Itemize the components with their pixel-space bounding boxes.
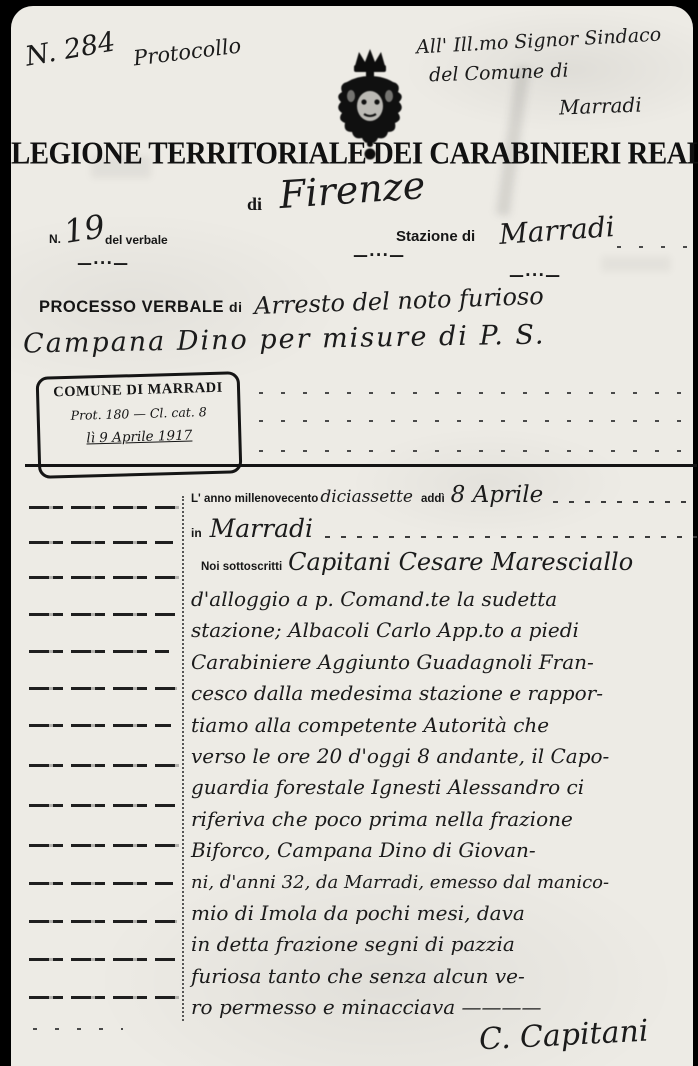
- paper-background: N. 284 Protocollo All' Ill.mo Signor Sin…: [11, 6, 693, 1066]
- processo-verbale-title: PROCESSO VERBALE: [39, 298, 224, 316]
- margin-rule: [29, 613, 175, 616]
- signature: C. Capitani: [478, 1014, 649, 1058]
- body-line: Carabiniere Aggiunto Guadagnoli Fran-: [191, 647, 698, 678]
- body-line: Biforco, Campana Dino di Giovan-: [191, 835, 698, 866]
- station-trailing-dots: [617, 246, 695, 248]
- body-line: riferiva che poco prima nella frazione: [191, 804, 698, 835]
- margin-rule: [29, 882, 173, 885]
- body-place-row: in Marradi: [191, 514, 697, 543]
- opening-hand-1: diciassette: [320, 487, 413, 507]
- place-label: in: [191, 526, 202, 540]
- addressee-line1: All' Ill.mo Signor Sindaco: [416, 24, 662, 59]
- station-value: Marradi: [498, 210, 616, 251]
- body-line: in detta frazione segni di pazzia: [191, 929, 698, 960]
- body-line: mio di Imola da pochi mesi, dava: [191, 898, 698, 929]
- station-label: Stazione di: [396, 228, 475, 245]
- undersigned-value: Capitani Cesare Maresciallo: [288, 548, 633, 576]
- body-line: d'alloggio a p. Comand.te la sudetta: [191, 584, 698, 615]
- separator-line: [25, 464, 697, 467]
- opening-printed-2: addì: [421, 493, 445, 505]
- body-undersigned-row: Noi sottoscritti Capitani Cesare Maresci…: [191, 548, 697, 576]
- verbale-number-suffix: del verbale: [105, 233, 168, 247]
- margin-rule: [29, 764, 179, 767]
- body-line: stazione; Albacoli Carlo App.to a piedi: [191, 615, 698, 646]
- processo-verbale-of: di: [229, 299, 242, 315]
- margin-rule-short: [33, 1028, 123, 1030]
- margin-rule: [29, 996, 179, 999]
- margin-rule: [29, 650, 169, 653]
- margin-rule: [29, 506, 179, 509]
- margin-rule: [29, 844, 179, 847]
- processo-verbale-label: PROCESSO VERBALE di: [39, 298, 243, 317]
- addressee-line2: del Comune di: [429, 60, 569, 87]
- verbale-number-value: 19: [61, 207, 107, 251]
- margin-rule: [29, 687, 177, 690]
- protocol-number: N. 284: [23, 26, 118, 72]
- place-value: Marradi: [210, 514, 313, 543]
- margin-rule: [29, 804, 175, 807]
- protocol-word: Protocollo: [132, 33, 242, 70]
- body-line: guardia forestale Ignesti Alessandro ci: [191, 772, 698, 803]
- opening-hand-2: 8 Aprile: [451, 482, 544, 508]
- comune-stamp: COMUNE DI MARRADI Prot. 180 — Cl. cat. 8…: [36, 371, 243, 479]
- stamp-line1: COMUNE DI MARRADI: [39, 379, 237, 402]
- subject-hand-line1: Arresto del noto furioso: [254, 282, 545, 320]
- margin-rule: [29, 958, 175, 961]
- stamp-line3: lì 9 Aprile 1917: [40, 426, 238, 448]
- scanned-document: N. 284 Protocollo All' Ill.mo Signor Sin…: [0, 0, 698, 1066]
- body-text: d'alloggio a p. Comand.te la sudetta sta…: [191, 584, 698, 1023]
- divider-flourish: —···—: [77, 254, 129, 272]
- letterhead-of-value: Firenze: [278, 163, 427, 217]
- addressee-line3: Marradi: [559, 93, 642, 120]
- stamp-line2: Prot. 180 — Cl. cat. 8: [40, 403, 238, 424]
- body-opening-row: L' anno millenovecento diciassette addì …: [191, 482, 697, 508]
- dotted-row: [259, 450, 695, 452]
- column-divider: [182, 496, 184, 1021]
- body-line: tiamo alla competente Autorità che: [191, 710, 698, 741]
- opening-printed-1: L' anno millenovecento: [191, 493, 318, 505]
- body-line: ni, d'anni 32, da Marradi, emesso dal ma…: [191, 867, 698, 898]
- divider-flourish: —···—: [353, 246, 405, 264]
- opening-trailing-dots: [553, 501, 697, 503]
- margin-rule: [29, 920, 177, 923]
- scan-smudge: [601, 256, 671, 272]
- undersigned-label: Noi sottoscritti: [201, 561, 282, 573]
- body-line: cesco dalla medesima stazione e rappor-: [191, 678, 698, 709]
- dotted-row: [259, 420, 695, 422]
- body-line: furiosa tanto che senza alcun ve-: [191, 961, 698, 992]
- letterhead-of-label: di: [247, 194, 262, 215]
- margin-rule: [29, 576, 179, 579]
- place-trailing-dots: [325, 536, 697, 538]
- margin-rule: [29, 724, 171, 727]
- margin-rule: [29, 541, 173, 544]
- subject-hand-line2: Campana Dino per misure di P. S.: [23, 319, 546, 359]
- dotted-row: [259, 392, 695, 394]
- body-line: verso le ore 20 d'oggi 8 andante, il Cap…: [191, 741, 698, 772]
- verbale-number-label: N.: [49, 232, 61, 246]
